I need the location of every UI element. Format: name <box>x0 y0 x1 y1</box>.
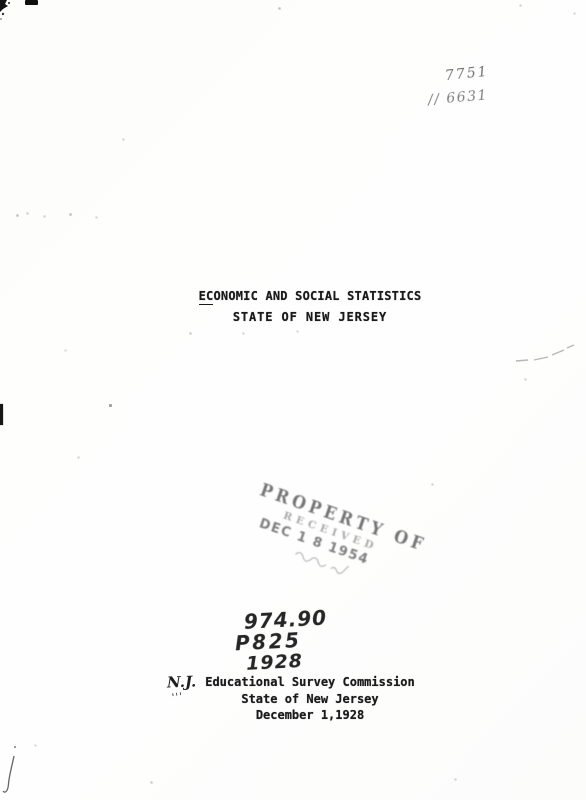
handwritten-call-number: 974.90 P825 1928 <box>232 608 329 676</box>
imprint-date: December 1,1928 <box>160 707 460 724</box>
scan-edge-bar <box>0 404 3 425</box>
pencil-accession-number: 7751 <box>444 64 489 84</box>
scan-noise-speckles <box>0 0 1 1</box>
scratch-mark <box>514 342 578 366</box>
imprint-block: Educational Survey Commission State of N… <box>160 674 460 724</box>
pen-stroke-mark <box>0 742 24 800</box>
title-line-1-rest: ONOMIC AND SOCIAL STATISTICS <box>213 289 421 303</box>
imprint-state: State of New Jersey <box>160 691 460 708</box>
imprint-publisher: Educational Survey Commission <box>160 674 460 691</box>
title-line-2: STATE OF NEW JERSEY <box>150 310 470 324</box>
scan-edge-mark <box>25 0 38 5</box>
document-title: ECONOMIC AND SOCIAL STATISTICS STATE OF … <box>150 289 470 324</box>
call-number-year: 1928 <box>246 650 330 675</box>
scanned-document-page: 7751 // 6631 ECONOMIC AND SOCIAL STATIST… <box>0 0 586 800</box>
title-underlined-part: EC <box>199 289 214 305</box>
pencil-accession-number-2: // 6631 <box>427 87 488 108</box>
library-stamp: PROPERTY OF RECEIVED DEC 1 8 1954 <box>241 480 430 605</box>
scan-corner-smudge <box>0 0 16 22</box>
title-line-1: ECONOMIC AND SOCIAL STATISTICS <box>150 289 470 303</box>
